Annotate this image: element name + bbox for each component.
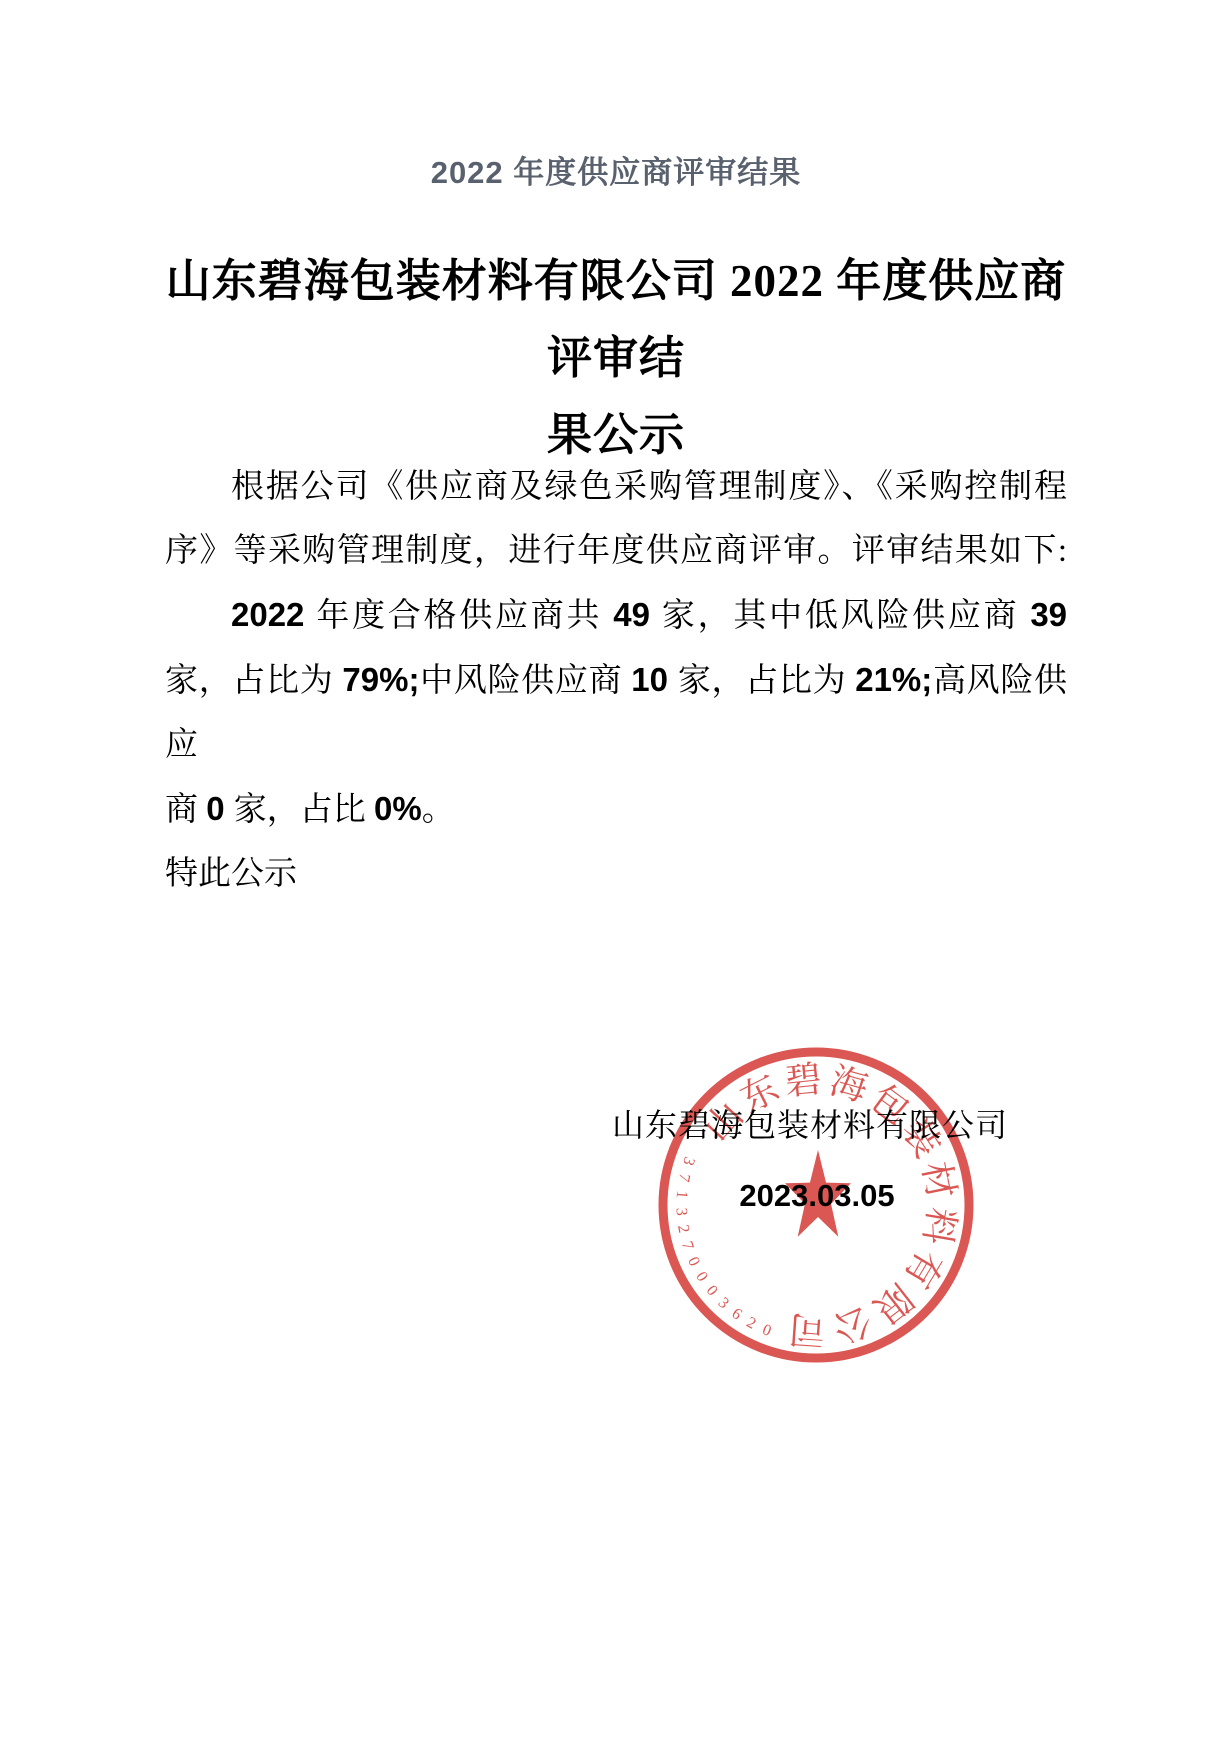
top-title: 2022 年度供应商评审结果 (0, 152, 1232, 194)
signature-company: 山东碧海包装材料有限公司 (612, 1105, 1008, 1145)
page: { "colors": { "seal_red": "#d6403c", "ti… (0, 0, 1232, 1743)
svg-text:2: 2 (674, 1223, 692, 1234)
signature-date: 2023.03.05 (739, 1176, 894, 1216)
svg-text:0: 0 (684, 1254, 703, 1268)
svg-text:1: 1 (673, 1190, 691, 1199)
svg-text:料: 料 (915, 1204, 962, 1247)
svg-text:碧: 碧 (783, 1059, 824, 1104)
svg-text:海: 海 (825, 1061, 872, 1110)
svg-text:3: 3 (673, 1207, 690, 1216)
svg-text:7: 7 (678, 1239, 697, 1252)
body-line: 根据公司《供应商及绿色采购管理制度》、《采购控制程 (165, 455, 1067, 519)
body-line: 商 0 家，占比 0%。 (165, 777, 1067, 842)
svg-text:2: 2 (744, 1314, 759, 1333)
document-heading: 山东碧海包装材料有限公司 2022 年度供应商评审结 果公示 (165, 243, 1067, 474)
body-line: 家，占比为 79%;中风险供应商 10 家，占比为 21%;高风险供应 (165, 648, 1067, 777)
body-line: 特此公示 (165, 842, 1067, 906)
svg-text:公: 公 (829, 1299, 876, 1349)
body-lines: 根据公司《供应商及绿色采购管理制度》、《采购控制程序》等采购管理制度，进行年度供… (165, 455, 1067, 906)
body-line: 序》等采购管理制度，进行年度供应商评审。评审结果如下: (165, 519, 1067, 583)
body-line: 2022 年度合格供应商共 49 家，其中低风险供应商 39 (165, 583, 1067, 648)
svg-text:司: 司 (787, 1307, 827, 1351)
svg-text:7: 7 (675, 1172, 693, 1183)
svg-text:0: 0 (703, 1282, 721, 1299)
heading-line-1: 山东碧海包装材料有限公司 2022 年度供应商评审结 (165, 243, 1067, 397)
svg-text:3: 3 (679, 1154, 698, 1167)
svg-text:3: 3 (715, 1294, 732, 1312)
svg-text:0: 0 (760, 1321, 774, 1340)
svg-text:材: 材 (914, 1158, 962, 1203)
svg-text:6: 6 (728, 1305, 744, 1323)
svg-text:0: 0 (692, 1269, 711, 1285)
